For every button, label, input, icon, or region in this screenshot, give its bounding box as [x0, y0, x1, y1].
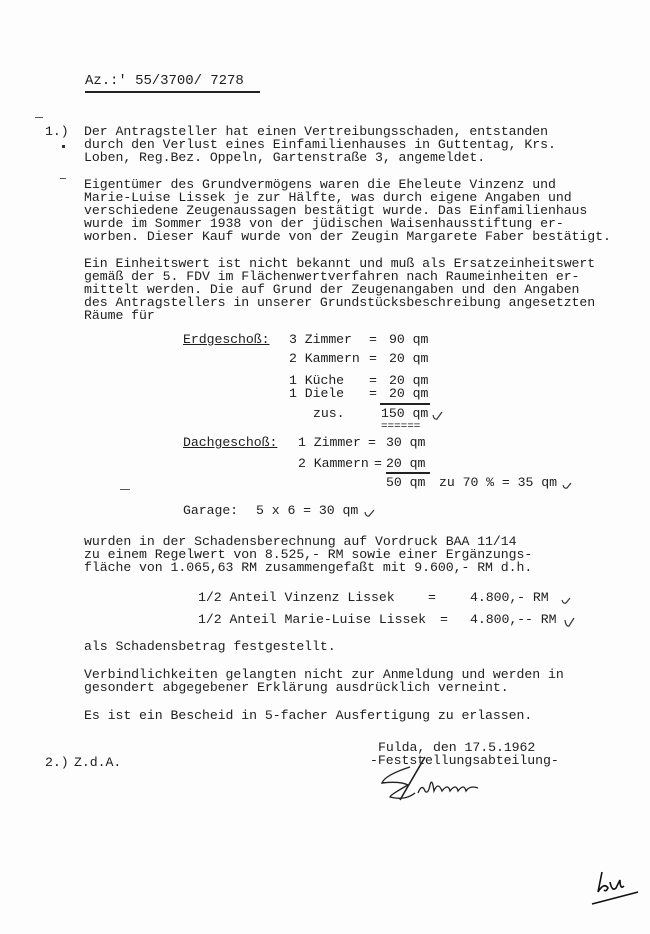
eg-row2-item: 2 Kammern	[289, 352, 360, 365]
checkmark-icon	[563, 616, 577, 628]
eg-sum-rule	[380, 403, 430, 405]
dg-row1-value: 30 qm	[386, 436, 425, 449]
dg-row2-value: 20 qm	[386, 457, 425, 470]
margin-mark	[35, 117, 43, 118]
dg-row1-item: 1 Zimmer	[298, 436, 361, 449]
dg-total-value: 50 qm	[386, 476, 425, 489]
para1-line3: Loben, Reg.Bez. Oppeln, Gartenstraße 3, …	[84, 151, 485, 164]
eg-total-label: zus.	[313, 407, 344, 420]
dg-row2-eq: =	[374, 457, 382, 470]
eg-total-value: 150 qm	[381, 407, 428, 420]
initials-mark	[590, 868, 645, 908]
dachgeschoss-label: Dachgeschoß:	[183, 436, 277, 449]
checkmark-icon	[561, 480, 575, 490]
para3-line4: des Antragstellers in unserer Grundstück…	[84, 296, 595, 309]
eg-row1-item: 3 Zimmer	[289, 333, 352, 346]
margin-mark	[62, 145, 65, 148]
para5: als Schadensbetrag festgestellt.	[84, 640, 336, 653]
eg-double-rule: ======	[381, 421, 420, 434]
dg-row2-item: 2 Kammern	[298, 457, 369, 470]
reference-number: Az.:' 55/3700/ 7278	[85, 75, 244, 88]
share1-label: 1/2 Anteil Vinzenz Lissek	[198, 591, 395, 604]
signature	[370, 755, 520, 805]
document-page: Az.:' 55/3700/ 7278 1.) Der Antragstelle…	[0, 0, 650, 934]
dg-total-note: zu 70 % = 35 qm	[439, 476, 557, 489]
para7: Es ist ein Bescheid in 5-facher Ausferti…	[84, 709, 532, 722]
margin-mark	[60, 178, 66, 179]
erdgeschoss-label: Erdgeschoß:	[183, 333, 270, 346]
dg-row1-eq: =	[368, 436, 376, 449]
checkmark-icon	[431, 410, 445, 422]
section-2-number: 2.)	[45, 756, 69, 769]
share1-amount: 4.800,- RM	[470, 591, 549, 604]
margin-mark	[120, 489, 130, 490]
checkmark-icon	[363, 507, 377, 518]
eg-row4-value: 20 qm	[389, 387, 428, 400]
para3-line5: Räume für	[84, 309, 155, 322]
para2-line5: worben. Dieser Kauf wurde von der Zeugin…	[84, 230, 611, 243]
para6-line2: gesondert abgegebener Erklärung ausdrück…	[84, 681, 509, 694]
eg-row2-value: 20 qm	[389, 352, 428, 365]
eg-row1-value: 90 qm	[389, 333, 428, 346]
garage-label: Garage:	[183, 504, 238, 517]
share2-amount: 4.800,-- RM	[470, 613, 557, 626]
eg-row4-eq: =	[369, 387, 377, 400]
checkmark-icon	[560, 595, 574, 605]
share2-eq: =	[440, 613, 448, 626]
section-2-text: Z.d.A.	[74, 756, 121, 769]
reference-underline	[85, 91, 260, 93]
share1-eq: =	[428, 591, 436, 604]
eg-row4-item: 1 Diele	[289, 387, 344, 400]
eg-row2-eq: =	[369, 352, 377, 365]
share2-label: 1/2 Anteil Marie-Luise Lissek	[198, 613, 426, 626]
eg-row1-eq: =	[369, 333, 377, 346]
para4-line3: fläche von 1.065,63 RM zusammengefaßt mi…	[84, 561, 532, 574]
dg-sum-rule	[386, 472, 430, 474]
garage-calc: 5 x 6 = 30 qm	[256, 504, 358, 517]
section-1-number: 1.)	[45, 125, 69, 138]
